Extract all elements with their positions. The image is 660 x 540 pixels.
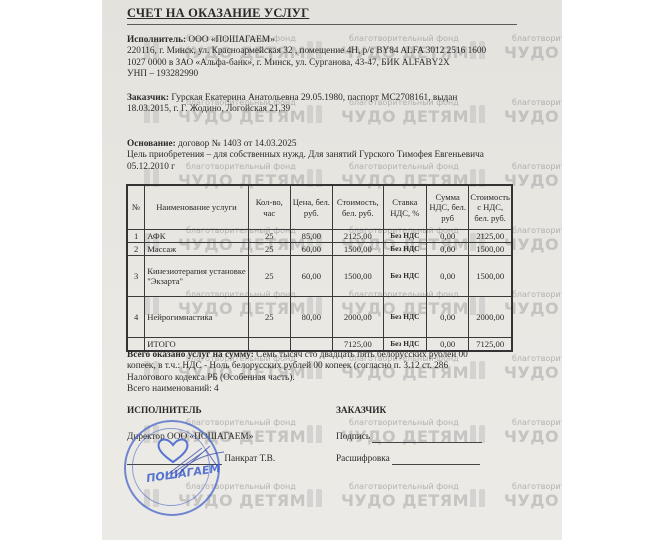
customer-signature-field: Подпись [336,432,482,443]
total-cell-vat-sum: 0,00 [427,338,469,351]
executor-address-1: 220116, г. Минск, ул. Красноармейская 32… [127,46,557,57]
table-row: 3Кинезиотерапия установке "Экзарта"2560,… [127,256,512,297]
total-cell-cost: 7125,00 [332,338,383,351]
empty-cell [290,338,332,351]
summary-line-2: копеек, в т.ч.: НДС - Ноль белорусских р… [127,361,557,372]
customer-line-2: 18.03.2015, г. Г. Жодино, Логойская 21,3… [127,104,557,115]
executor-name: ООО «ПОШАГАЕМ» [188,35,274,45]
table-cell-vat-sum: 0,00 [427,297,469,338]
header-cell: Ставка НДС, % [383,185,426,230]
watermark-big-text: ЧУДО ДЕТЯМ [341,491,469,510]
table-cell-vat-rate: Без НДС [383,297,426,338]
table-cell-price: 60,00 [290,256,332,297]
document-title: СЧЕТ НА ОКАЗАНИЕ УСЛУГ [127,8,309,19]
table-cell-total: 2000,00 [469,297,512,338]
charity-logo-icon [470,485,486,507]
table-cell-cost: 1500,00 [332,243,383,256]
table-row: 2Массаж2560,001500,00Без НДС0,001500,00 [127,243,512,256]
empty-cell [127,338,145,351]
basis-block: Основание: договор № 1403 от 14.03.2025 … [127,139,557,173]
watermark-small-text: благотворительный фонд [512,290,562,299]
summary-line-1: Семь тысяч сто двадцать пять белорусских… [256,350,468,360]
watermark-small-text: благотворительный фонд [512,418,562,427]
total-cell-label: ИТОГО [145,338,249,351]
customer-heading: ЗАКАЗЧИК [336,406,386,417]
customer-block: Заказчик: Гурская Екатерина Анатольевна … [127,93,557,116]
table-cell-vat-rate: Без НДС [383,256,426,297]
empty-cell [248,338,290,351]
watermark-big-text: ЧУДО ДЕТЯМ [504,491,562,510]
table-cell-n: 4 [127,297,145,338]
purpose-line-2: 05.12.2010 г [127,162,557,173]
table-cell-vat-sum: 0,00 [427,256,469,297]
table-cell-qty: 25 [248,256,290,297]
header-cell: Стоимость с НДС, бел. руб. [469,185,512,230]
header-cell: Сумма НДС, бел. руб [427,185,469,230]
table-cell-n: 2 [127,243,145,256]
watermark-small-text: благотворительный фонд [349,418,459,427]
purpose-line-1: Цель приобретения – для собственных нужд… [127,150,557,161]
table-cell-total: 1500,00 [469,243,512,256]
table-row: 1АФК2585,002125,00Без НДС0,002125,00 [127,230,512,243]
document-page: благотворительный фондЧУДО ДЕТЯМблаготво… [102,0,562,540]
table-cell-vat-sum: 0,00 [427,243,469,256]
decode-line [392,455,480,465]
executor-block: Исполнитель: ООО «ПОШАГАЕМ» 220116, г. М… [127,35,557,81]
table-cell-name: АФК [145,230,249,243]
table-cell-cost: 2000,00 [332,297,383,338]
table-cell-name: Массаж [145,243,249,256]
table-total-row: ИТОГО7125,00Без НДС0,007125,00 [127,338,512,351]
table-cell-price: 85,00 [290,230,332,243]
table-cell-vat-sum: 0,00 [427,230,469,243]
table-cell-qty: 25 [248,230,290,243]
table-cell-vat-rate: Без НДС [383,230,426,243]
table-cell-cost: 1500,00 [332,256,383,297]
table-cell-price: 80,00 [290,297,332,338]
watermark-small-text: благотворительный фонд [512,482,562,491]
executor-heading: ИСПОЛНИТЕЛЬ [127,406,202,417]
header-cell: Стоимость, бел. руб. [332,185,383,230]
summary-count: Всего наименований: 4 [127,384,557,395]
customer-line-1: Гурская Екатерина Анатольевна 29.05.1980… [171,93,457,103]
table-cell-qty: 25 [248,243,290,256]
table-cell-n: 3 [127,256,145,297]
watermark-small-text: благотворительный фонд [512,226,562,235]
table-cell-cost: 2125,00 [332,230,383,243]
customer-label: Заказчик: [127,93,169,103]
summary-label: Всего оказано услуг на сумму: [127,350,254,360]
header-cell: № [127,185,145,230]
table-cell-price: 60,00 [290,243,332,256]
charity-logo-icon [307,421,323,443]
summary-block: Всего оказано услуг на сумму: Семь тысяч… [127,350,557,396]
charity-logo-icon [307,485,323,507]
table-header-row: № Наименование услуги Кол-во, час Цена, … [127,185,512,230]
handwritten-signature [162,440,232,480]
watermark-small-text: благотворительный фонд [186,418,296,427]
total-cell-total: 7125,00 [469,338,512,351]
table-cell-n: 1 [127,230,145,243]
services-table: № Наименование услуги Кол-во, час Цена, … [126,184,513,352]
header-cell: Цена, бел. руб. [290,185,332,230]
table-cell-qty: 25 [248,297,290,338]
header-cell: Кол-во, час [248,185,290,230]
executor-unp: УНП – 193282990 [127,69,557,80]
executor-label: Исполнитель: [127,35,186,45]
table-cell-name: Нейрогимнастика [145,297,249,338]
basis-label: Основание: [127,139,176,149]
customer-decode-field: Расшифровка [336,454,480,465]
signature-line [372,433,482,443]
watermark-big-text: ЧУДО ДЕТЯМ [504,427,562,446]
summary-line-3: Налогового кодекса РБ (Особенная часть). [127,373,557,384]
basis-value: договор № 1403 от 14.03.2025 [178,139,296,149]
executor-address-2: 1027 0000 в ЗАО «Альфа-банк», г. Минск, … [127,58,557,69]
table-cell-vat-rate: Без НДС [383,243,426,256]
decode-label: Расшифровка [336,454,390,464]
total-cell-vat-rate: Без НДС [383,338,426,351]
header-cell: Наименование услуги [145,185,249,230]
table-cell-name: Кинезиотерапия установке "Экзарта" [145,256,249,297]
table-cell-total: 1500,00 [469,256,512,297]
title-divider [127,24,517,25]
watermark-small-text: благотворительный фонд [349,482,459,491]
signature-label: Подпись [336,432,370,442]
table-row: 4Нейрогимнастика2580,002000,00Без НДС0,0… [127,297,512,338]
table-cell-total: 2125,00 [469,230,512,243]
